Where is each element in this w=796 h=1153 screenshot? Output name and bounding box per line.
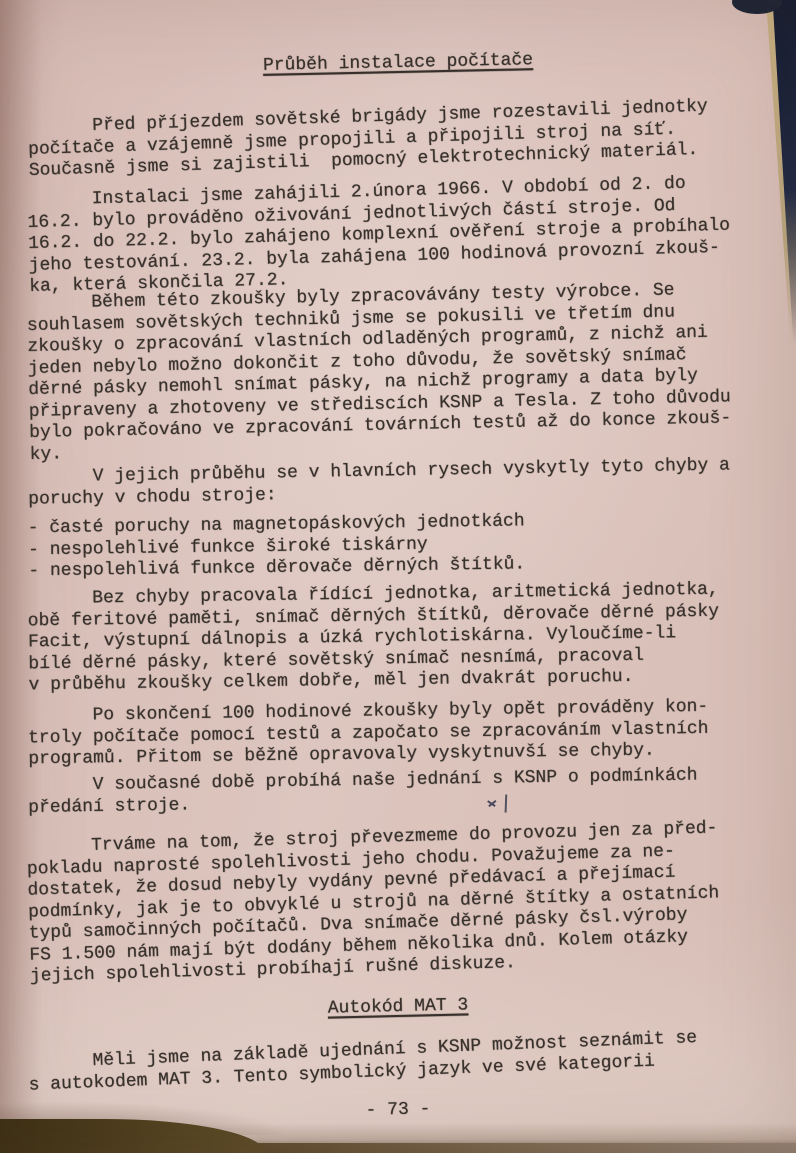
paragraph-installation-dates: Instalaci jsme zahájili 2.února 1966. V … — [27, 171, 792, 298]
pen-mark — [486, 794, 513, 816]
paragraph-working-units: Bez chyby pracovala řídící jednotka, ari… — [27, 579, 790, 697]
photo-of-document-page: Průběh instalace počítače Před příjezdem… — [0, 0, 796, 1153]
paragraph-factory-tests: Během této zkoušky byly zpracovávány tes… — [26, 278, 791, 466]
paragraph-after-test: Po skončení 100 hodinové zkoušky byly op… — [28, 696, 791, 771]
fault-list: - časté poruchy na magnetopáskových jedn… — [28, 508, 791, 583]
paragraph-handover-conditions: Trváme na tom, že stroj převezmeme do pr… — [26, 816, 792, 988]
